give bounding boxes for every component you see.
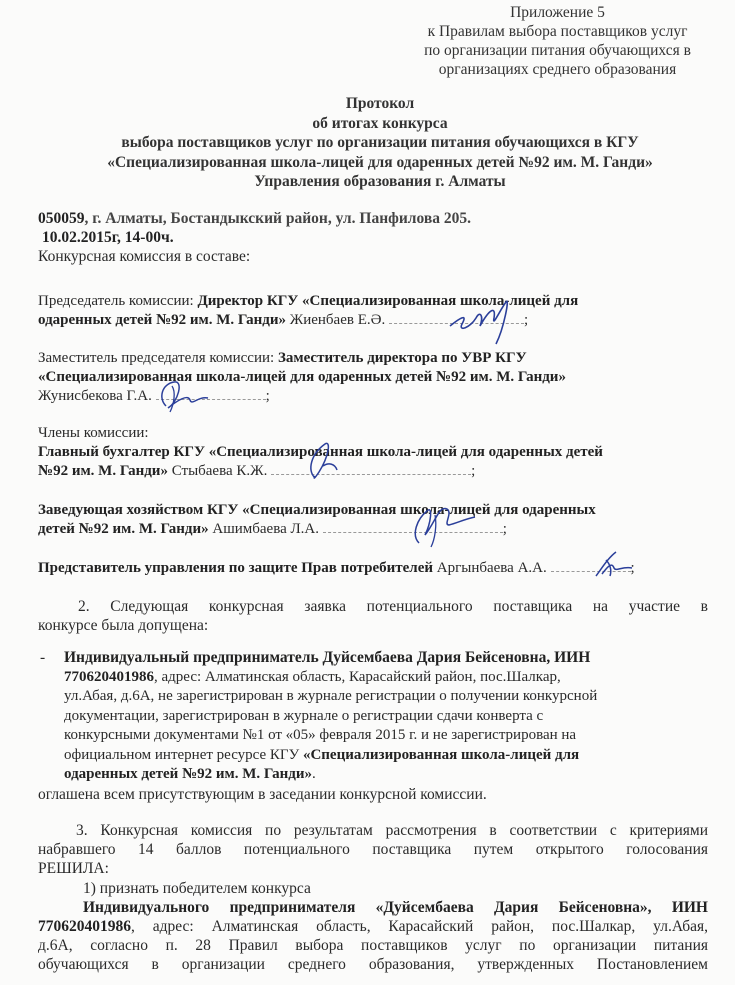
- section-2-line-1: 2. Следующая конкурсная заявка потенциал…: [38, 597, 708, 617]
- chairman-role: Председатель комиссии:: [38, 293, 197, 309]
- appendix-header: Приложение 5 к Правилам выбора поставщик…: [380, 3, 735, 79]
- chairman-position-cont: одаренных детей №92 им. М. Ганди»: [38, 312, 286, 328]
- title-line: Управления образования г. Алматы: [40, 172, 720, 192]
- member-name: Ашимбаева Л.А.: [209, 521, 319, 537]
- title-line: об итогах конкурса: [40, 114, 720, 134]
- scanned-document-page: Приложение 5 к Правилам выбора поставщик…: [0, 0, 735, 985]
- address: , г. Алматы, Бостандыкский район, ул. Па…: [85, 210, 471, 227]
- applicant-text-line: официальном интернет ресурсе КГУ: [64, 747, 303, 763]
- decision-1: 1) признать победителем конкурса: [83, 879, 311, 899]
- deputy-name: Жунисбекова Г.А.: [38, 388, 152, 404]
- document-title: Протокол об итогах конкурса выбора поста…: [40, 94, 720, 192]
- winner-line-1: Индивидуального предпринимателя «Дуйсемб…: [38, 898, 708, 918]
- applicant-iin: 770620401986: [64, 669, 154, 685]
- deputy-position-cont: «Специализированная школа-лицей для одар…: [38, 369, 566, 385]
- punct: ;: [266, 388, 270, 404]
- signature-deputy-icon: [148, 376, 218, 416]
- member-1-line-2: №92 им. М. Ганди» Стыбаева К.Ж. ;: [38, 462, 475, 481]
- punct: ;: [503, 521, 507, 537]
- school-name-cont: одаренных детей №92 им. М. Ганди»: [64, 766, 312, 782]
- winner-name: Индивидуального предпринимателя «Дуйсемб…: [83, 899, 708, 916]
- appendix-line: организациях среднего образования: [380, 60, 735, 79]
- bullet-dash: -: [40, 648, 45, 668]
- title-line: Протокол: [40, 94, 720, 114]
- section-2-line-2: конкурсе была допущена:: [38, 616, 208, 636]
- title-line: «Специализированная школа-лицей для одар…: [40, 153, 720, 173]
- applicant-text-line: документации, зарегистрирован в журнале …: [64, 707, 704, 727]
- school-name: «Специализированная школа-лицей для: [303, 747, 579, 763]
- winner-iin: 770620401986: [38, 918, 131, 935]
- punct: ;: [471, 463, 475, 479]
- applicant-name: Индивидуальный предприниматель Дуйсембае…: [64, 649, 590, 666]
- section-3-line-2: набравшего 14 баллов потенциального пост…: [38, 840, 708, 860]
- announced-line: оглашена всем присутствующим в заседании…: [38, 785, 487, 805]
- applicant-text-line: конкурсными документами №1 от «05» февра…: [64, 726, 704, 746]
- signature-chairman-icon: [440, 288, 530, 348]
- address-line: 050059, г. Алматы, Бостандыкский район, …: [38, 209, 471, 228]
- admitted-applicant: Индивидуальный предприниматель Дуйсембае…: [64, 648, 704, 785]
- section-3-line-1: 3. Конкурсная комиссия по результатам ра…: [38, 821, 708, 841]
- signature-member-3-icon: [588, 548, 638, 580]
- member-position-cont: №92 им. М. Ганди»: [38, 463, 168, 479]
- member-2-line-1: Заведующая хозяйством КГУ «Специализиров…: [38, 501, 596, 520]
- appendix-line: по организации питания обучающихся в: [380, 41, 735, 60]
- winner-line-2: 770620401986, адрес: Алматинская область…: [38, 917, 708, 937]
- applicant-text-line: ул.Абая, д.6А, не зарегистрирован в журн…: [64, 687, 704, 707]
- members-label: Члены комиссии:: [38, 424, 149, 443]
- appendix-line: к Правилам выбора поставщиков услуг: [380, 22, 735, 41]
- postcode: 050059: [38, 210, 85, 227]
- deputy-role: Заместитель председателя комиссии:: [38, 350, 278, 366]
- title-line: выбора поставщиков услуг по организации …: [40, 133, 720, 153]
- section-3-decided: РЕШИЛА:: [38, 859, 109, 879]
- applicant-address: , адрес: Алматинская область, Карасайски…: [154, 669, 561, 685]
- commission-intro: Конкурсная комиссия в составе:: [38, 247, 250, 266]
- member-position: Представитель управления по защите Прав …: [38, 560, 433, 576]
- winner-line-4: обучающихся в организации среднего образ…: [38, 955, 708, 975]
- deputy-position: Заместитель директора по УВР КГУ: [278, 350, 527, 366]
- deputy-line-1: Заместитель председателя комиссии: Замес…: [38, 349, 527, 368]
- appendix-line: Приложение 5: [380, 3, 735, 22]
- chairman-name: Жиенбаев Е.Ә.: [286, 312, 385, 328]
- winner-address: , адрес: Алматинская область, Карасайски…: [131, 918, 708, 935]
- member-position-cont: детей №92 им. М. Ганди»: [38, 521, 209, 537]
- deputy-line-2: «Специализированная школа-лицей для одар…: [38, 368, 566, 387]
- winner-line-3: д.6А, согласно п. 28 Правил выбора поста…: [38, 936, 708, 956]
- signature-member-2-icon: [405, 495, 485, 550]
- member-3-line: Представитель управления по защите Прав …: [38, 559, 635, 578]
- member-position: Заведующая хозяйством КГУ «Специализиров…: [38, 502, 596, 518]
- member-name: Стыбаева К.Ж.: [168, 463, 267, 479]
- member-name: Аргынбаева А.А.: [433, 560, 547, 576]
- date-time: 10.02.2015г, 14-00ч.: [42, 228, 174, 247]
- date-time-text: 10.02.2015г, 14-00ч.: [42, 229, 174, 246]
- punct: .: [312, 766, 316, 782]
- signature-member-1-icon: [285, 436, 355, 484]
